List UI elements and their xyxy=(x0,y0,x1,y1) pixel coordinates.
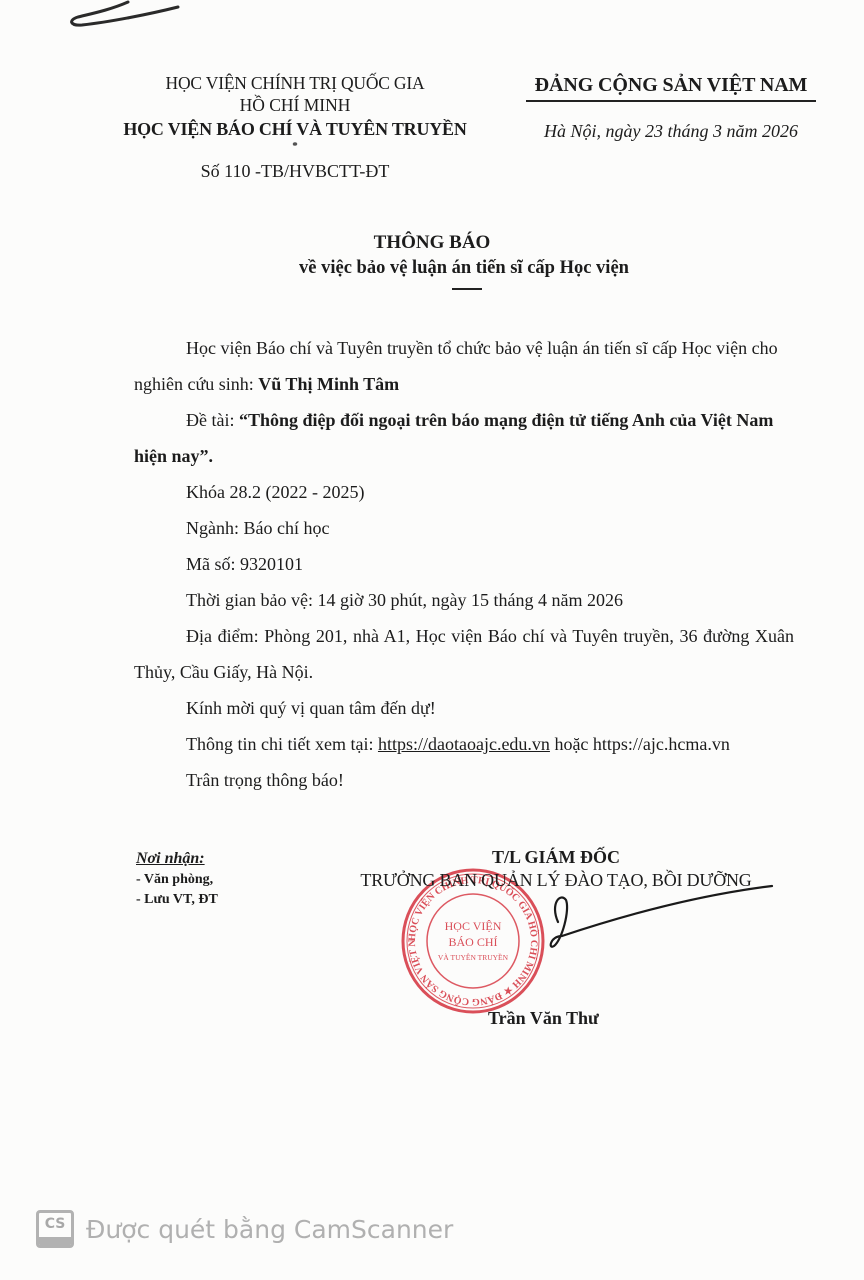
document-number: Số 110 -TB/HVBCTT-ĐT xyxy=(80,156,510,186)
info-mid: hoặc xyxy=(550,734,593,754)
handwritten-mark xyxy=(60,0,230,40)
info-line: Thông tin chi tiết xem tại: https://daot… xyxy=(134,726,794,762)
recipient-item: - Lưu VT, ĐT xyxy=(136,890,218,910)
party-name: ĐẢNG CỘNG SẢN VIỆT NAM xyxy=(516,70,826,100)
location-paragraph: Địa điểm: Phòng 201, nhà A1, Học viện Bá… xyxy=(134,618,794,690)
title-divider xyxy=(452,288,482,290)
scanner-watermark: CS Được quét bằng CamScanner xyxy=(36,1210,453,1248)
party-header-block: ĐẢNG CỘNG SẢN VIỆT NAM Hà Nội, ngày 23 t… xyxy=(516,70,826,144)
defense-time-line: Thời gian bảo vệ: 14 giờ 30 phút, ngày 1… xyxy=(134,582,794,618)
camscanner-logo-icon: CS xyxy=(36,1210,74,1248)
document-title-block: THÔNG BÁO về việc bảo vệ luận án tiến sĩ… xyxy=(0,230,864,290)
place-date: Hà Nội, ngày 23 tháng 3 năm 2026 xyxy=(516,118,826,144)
invitation-line: Kính mời quý vị quan tâm đến dự! xyxy=(134,690,794,726)
document-title: THÔNG BÁO xyxy=(0,230,864,256)
document-subtitle: về việc bảo vệ luận án tiến sĩ cấp Học v… xyxy=(64,256,864,280)
code-line: Mã số: 9320101 xyxy=(134,546,794,582)
star-separator: * xyxy=(80,142,510,150)
recipients-title: Nơi nhận: xyxy=(136,848,218,870)
recipients-block: Nơi nhận: - Văn phòng, - Lưu VT, ĐT xyxy=(136,848,218,910)
agency-line-3: HỌC VIỆN BÁO CHÍ VÀ TUYÊN TRUYỀN xyxy=(80,116,510,142)
recipient-item: - Văn phòng, xyxy=(136,870,218,890)
major-line: Ngành: Báo chí học xyxy=(134,510,794,546)
link-daotaoajc[interactable]: https://daotaoajc.edu.vn xyxy=(378,734,550,754)
intro-paragraph: Học viện Báo chí và Tuyên truyền tổ chức… xyxy=(134,330,794,402)
handwritten-signature xyxy=(540,880,790,960)
issuing-agency-block: HỌC VIỆN CHÍNH TRỊ QUỐC GIA HỒ CHÍ MINH … xyxy=(80,72,510,186)
candidate-name: Vũ Thị Minh Tâm xyxy=(258,374,399,394)
signatory-authority: T/L GIÁM ĐỐC xyxy=(326,846,786,868)
agency-line-1: HỌC VIỆN CHÍNH TRỊ QUỐC GIA xyxy=(80,72,510,94)
svg-text:BÁO CHÍ: BÁO CHÍ xyxy=(448,935,497,949)
document-body: Học viện Báo chí và Tuyên truyền tổ chức… xyxy=(134,330,794,798)
watermark-text: Được quét bằng CamScanner xyxy=(86,1215,453,1244)
party-underline xyxy=(526,100,816,102)
signer-name: Trần Văn Thư xyxy=(488,1008,599,1029)
svg-text:VÀ TUYÊN TRUYỀN: VÀ TUYÊN TRUYỀN xyxy=(438,952,509,962)
intro-text: Học viện Báo chí và Tuyên truyền tổ chức… xyxy=(134,338,778,394)
closing-line: Trân trọng thông báo! xyxy=(134,762,794,798)
info-prefix: Thông tin chi tiết xem tại: xyxy=(186,734,378,754)
topic-label: Đề tài: xyxy=(186,410,239,430)
agency-line-2: HỒ CHÍ MINH xyxy=(80,94,510,116)
topic-paragraph: Đề tài: “Thông điệp đối ngoại trên báo m… xyxy=(134,402,794,474)
link-ajc-hcma[interactable]: https://ajc.hcma.vn xyxy=(593,734,730,754)
course-line: Khóa 28.2 (2022 - 2025) xyxy=(134,474,794,510)
svg-text:HỌC VIỆN: HỌC VIỆN xyxy=(445,919,502,933)
